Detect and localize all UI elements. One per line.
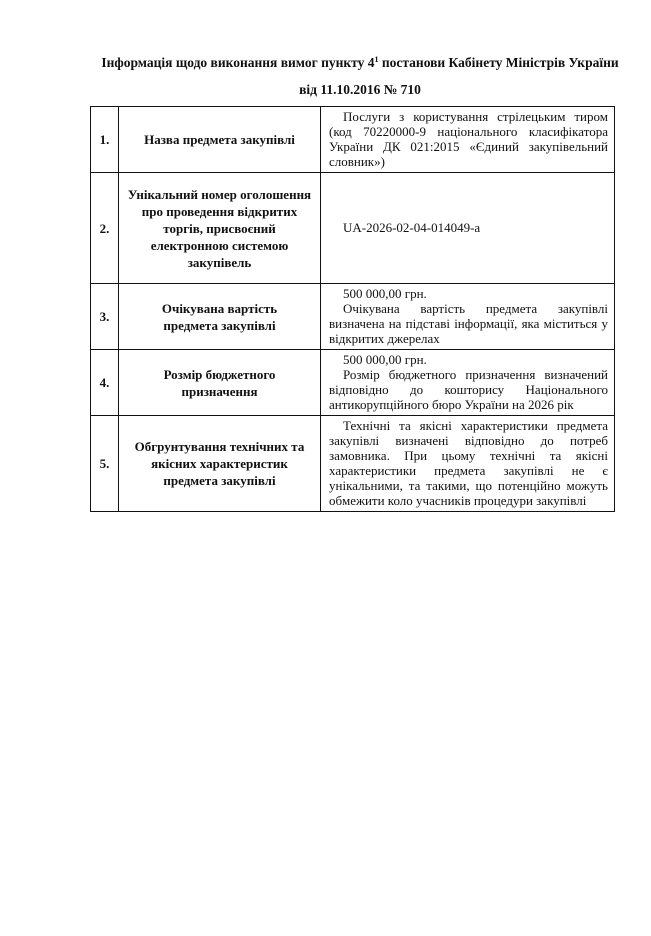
- table-row: 3. Очікувана вартість предмета закупівлі…: [91, 284, 615, 350]
- row-label: Розмір бюджетного призначення: [119, 350, 321, 416]
- row-value: 500 000,00 грн. Розмір бюджетного призна…: [321, 350, 615, 416]
- expected-cost-amount: 500 000,00 грн.: [329, 286, 608, 301]
- value-text: Очікувана вартість предмета закупівлі ви…: [329, 301, 608, 346]
- row-number: 2.: [91, 173, 119, 284]
- row-number: 4.: [91, 350, 119, 416]
- title-text: Інформація щодо виконання вимог пункту 4: [101, 55, 374, 70]
- value-text: Послуги з користування стрілецьким тиром…: [329, 109, 608, 169]
- row-label: Обгрунтування технічних та якісних харак…: [119, 416, 321, 512]
- document-subtitle: від 11.10.2016 № 710: [80, 82, 640, 98]
- row-label: Унікальний номер оголошення про проведен…: [119, 173, 321, 284]
- procurement-info-table: 1. Назва предмета закупівлі Послуги з ко…: [90, 106, 615, 512]
- value-text: Технічні та якісні характеристики предме…: [329, 418, 608, 508]
- tender-id: UA-2026-02-04-014049-a: [343, 220, 608, 235]
- table-row: 1. Назва предмета закупівлі Послуги з ко…: [91, 107, 615, 173]
- value-text: Розмір бюджетного призначення визначений…: [329, 367, 608, 412]
- row-number: 3.: [91, 284, 119, 350]
- table-row: 2. Унікальний номер оголошення про прове…: [91, 173, 615, 284]
- table-row: 5. Обгрунтування технічних та якісних ха…: [91, 416, 615, 512]
- row-value: Послуги з користування стрілецьким тиром…: [321, 107, 615, 173]
- row-value: Технічні та якісні характеристики предме…: [321, 416, 615, 512]
- table-row: 4. Розмір бюджетного призначення 500 000…: [91, 350, 615, 416]
- budget-amount: 500 000,00 грн.: [329, 352, 608, 367]
- title-text-continued: постанови Кабінету Міністрів України: [378, 55, 618, 70]
- row-value: 500 000,00 грн. Очікувана вартість предм…: [321, 284, 615, 350]
- row-number: 5.: [91, 416, 119, 512]
- row-label: Очікувана вартість предмета закупівлі: [119, 284, 321, 350]
- document-title: Інформація щодо виконання вимог пункту 4…: [80, 55, 640, 71]
- row-number: 1.: [91, 107, 119, 173]
- row-value: UA-2026-02-04-014049-a: [321, 173, 615, 284]
- row-label: Назва предмета закупівлі: [119, 107, 321, 173]
